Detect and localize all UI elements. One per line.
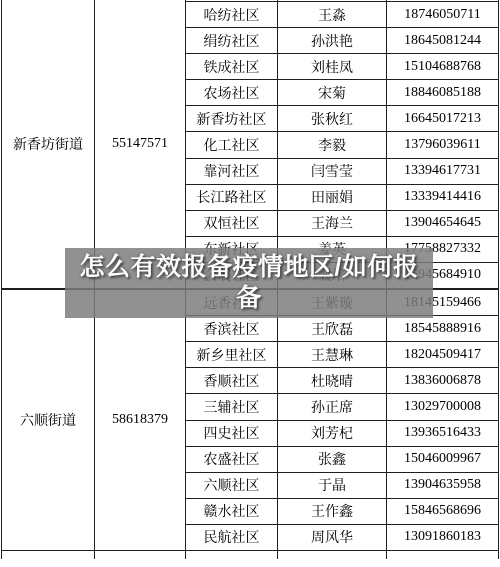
community-cell: 长江路社区: [186, 184, 278, 210]
clipped-cell: [186, 550, 278, 559]
contact-name-cell: 孙洪艳: [278, 28, 387, 54]
street-cell: 新香坊街道: [2, 0, 95, 289]
community-cell: 双恒社区: [186, 210, 278, 236]
community-cell: 靠河社区: [186, 158, 278, 184]
community-cell: 化工社区: [186, 132, 278, 158]
contact-name-cell: 张秋红: [278, 106, 387, 132]
contact-name-cell: 田丽娟: [278, 184, 387, 210]
contact-name-cell: 刘桂凤: [278, 54, 387, 80]
phone-cell: 18846085188: [387, 80, 499, 106]
community-cell: 六顺社区: [186, 472, 278, 498]
watermark-title-line2: 备: [236, 283, 262, 314]
phone-cell: 13339414416: [387, 184, 499, 210]
phone-cell: 13904635958: [387, 472, 499, 498]
contact-name-cell: 李毅: [278, 132, 387, 158]
phone-cell: 13836006878: [387, 368, 499, 394]
community-cell: 四史社区: [186, 420, 278, 446]
contact-name-cell: 王作鑫: [278, 498, 387, 524]
contact-name-cell: 孙正席: [278, 394, 387, 420]
contact-name-cell: 于晶: [278, 472, 387, 498]
watermark-overlay: 怎么有效报备疫情地区/如何报 备: [65, 248, 433, 318]
community-cell: 香滨社区: [186, 316, 278, 342]
phone-cell: 13029700008: [387, 394, 499, 420]
contact-name-cell: 周风华: [278, 524, 387, 550]
community-cell: 香顺社区: [186, 368, 278, 394]
contact-name-cell: 王欣磊: [278, 316, 387, 342]
community-cell: 农场社区: [186, 80, 278, 106]
contact-name-cell: 王海兰: [278, 210, 387, 236]
phone-cell: 13936516433: [387, 420, 499, 446]
phone-cell: 18746050711: [387, 2, 499, 28]
phone-cell: 18545888916: [387, 316, 499, 342]
community-cell: 三辅社区: [186, 394, 278, 420]
contact-name-cell: 宋菊: [278, 80, 387, 106]
community-cell: 新乡里社区: [186, 342, 278, 368]
contact-name-cell: 张鑫: [278, 446, 387, 472]
phone-cell: 15846568696: [387, 498, 499, 524]
community-cell: 农盛社区: [186, 446, 278, 472]
phone-cell: 16645017213: [387, 106, 499, 132]
screenshot-root: 新香坊街道55147571哈纺社区王淼18746050711绢纺社区孙洪艳186…: [0, 0, 500, 567]
clipped-cell: [387, 550, 499, 559]
watermark-title-line1: 怎么有效报备疫情地区/如何报: [80, 252, 419, 283]
phone-cell: 18645081244: [387, 28, 499, 54]
contact-name-cell: 杜晓晴: [278, 368, 387, 394]
phone-cell: 15046009967: [387, 446, 499, 472]
contact-name-cell: 刘芳杞: [278, 420, 387, 446]
community-cell: 铁成社区: [186, 54, 278, 80]
phone-cell: 13091860183: [387, 524, 499, 550]
street-cell: 六顺街道: [2, 289, 95, 550]
street-phone-cell: 55147571: [95, 0, 186, 289]
table-row: [2, 550, 499, 559]
phone-cell: 13394617731: [387, 158, 499, 184]
contact-name-cell: 闫雪莹: [278, 158, 387, 184]
community-cell: 新香坊社区: [186, 106, 278, 132]
clipped-cell: [95, 550, 186, 559]
phone-cell: 15104688768: [387, 54, 499, 80]
clipped-cell: [2, 550, 95, 559]
community-cell: 民航社区: [186, 524, 278, 550]
community-cell: 哈纺社区: [186, 2, 278, 28]
phone-cell: 18204509417: [387, 342, 499, 368]
contact-name-cell: 王淼: [278, 2, 387, 28]
community-cell: 绢纺社区: [186, 28, 278, 54]
street-phone-cell: 58618379: [95, 289, 186, 550]
clipped-cell: [278, 550, 387, 559]
phone-cell: 13796039611: [387, 132, 499, 158]
contact-name-cell: 王慧琳: [278, 342, 387, 368]
community-cell: 赣水社区: [186, 498, 278, 524]
phone-cell: 13904654645: [387, 210, 499, 236]
